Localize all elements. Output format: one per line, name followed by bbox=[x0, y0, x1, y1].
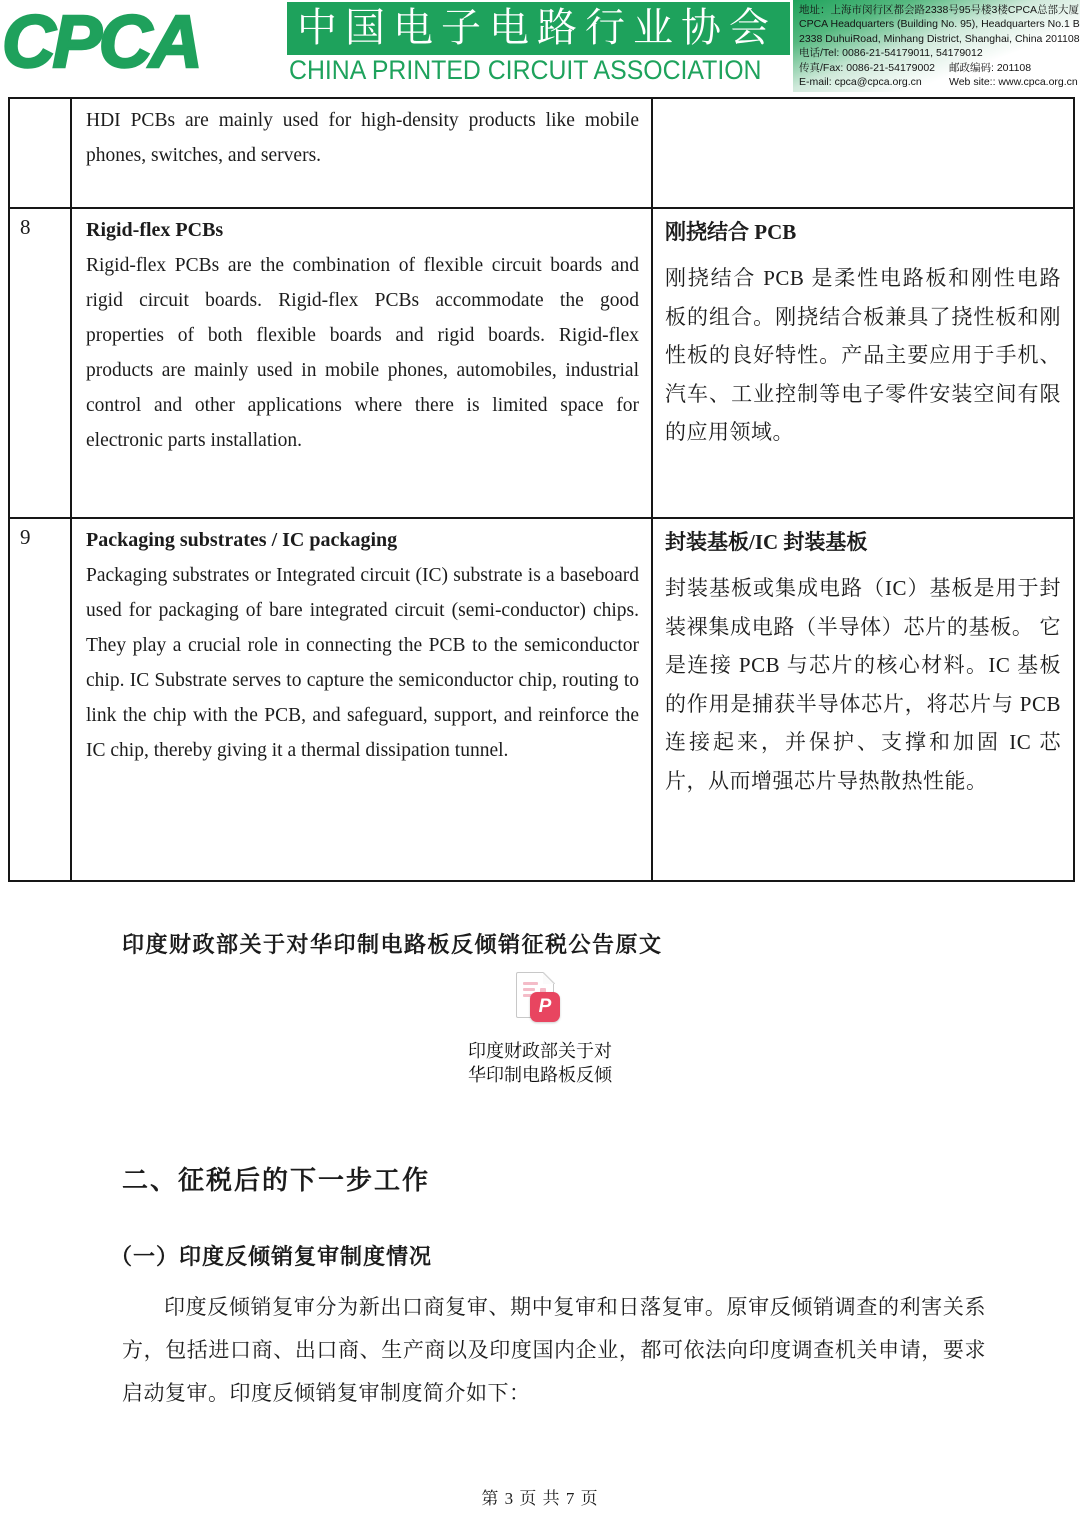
chinese-cell bbox=[652, 98, 1074, 208]
section-heading: 二、征税后的下一步工作 bbox=[122, 1160, 430, 1197]
row-number-cell: 9 bbox=[9, 518, 71, 881]
org-name-en: CHINA PRINTED CIRCUIT ASSOCIATION bbox=[289, 56, 761, 84]
contact-email: E-mail: cpca@cpca.org.cn bbox=[799, 75, 949, 89]
contact-postal-code: 邮政编码: 201108 bbox=[949, 61, 1031, 75]
entry-title-en: Packaging substrates / IC packaging bbox=[86, 523, 639, 558]
cpca-logo: CPCA bbox=[2, 2, 200, 82]
english-cell: HDI PCBs are mainly used for high-densit… bbox=[71, 98, 652, 208]
entry-title-cn: 刚挠结合 PCB bbox=[665, 216, 1061, 249]
entry-body-en: Packaging substrates or Integrated circu… bbox=[86, 558, 639, 768]
body-paragraph: 印度反倾销复审分为新出口商复审、期中复审和日落复审。原审反倾销调查的利害关系方，… bbox=[122, 1286, 986, 1415]
org-name-cn: 中国电子电路行业协会 bbox=[287, 2, 790, 55]
contact-block: 地址：上海市闵行区都会路2338号95号楼3楼CPCA总部大厦 CPCA Hea… bbox=[793, 0, 1080, 92]
pdf-caption-line2: 华印制电路板反倾 bbox=[0, 1063, 1080, 1087]
chinese-cell: 刚挠结合 PCB 刚挠结合 PCB 是柔性电路板和刚性电路板的组合。刚挠结合板兼… bbox=[652, 208, 1074, 518]
contact-address-en2: 2338 DuhuiRoad, Minhang District, Shangh… bbox=[799, 32, 1080, 46]
org-name-cn-banner: 中国电子电路行业协会 bbox=[287, 2, 790, 55]
contact-website: Web site:: www.cpca.org.cn bbox=[949, 75, 1078, 89]
row-number-cell: 8 bbox=[9, 208, 71, 518]
entry-title-cn: 封装基板/IC 封装基板 bbox=[665, 526, 1061, 559]
text-line-decoration bbox=[523, 982, 538, 985]
contact-address-cn: 地址：上海市闵行区都会路2338号95号楼3楼CPCA总部大厦 bbox=[799, 3, 1080, 17]
contact-tel: 电话/Tel: 0086-21-54179011, 54179012 bbox=[799, 46, 1080, 60]
entry-body-en: Rigid-flex PCBs are the combination of f… bbox=[86, 248, 639, 458]
table-row-continuation: HDI PCBs are mainly used for high-densit… bbox=[9, 98, 1074, 208]
contact-address-en1: CPCA Headquarters (Building No. 95), Hea… bbox=[799, 17, 1080, 31]
chinese-cell: 封装基板/IC 封装基板 封装基板或集成电路（IC）基板是用于封装裸集成电路（半… bbox=[652, 518, 1074, 881]
page-fold-icon bbox=[543, 972, 555, 984]
contact-fax: 传真/Fax: 0086-21-54179002 bbox=[799, 61, 949, 75]
entry-body-en: HDI PCBs are mainly used for high-densit… bbox=[86, 103, 639, 173]
attachment-heading: 印度财政部关于对华印制电路板反倾销征税公告原文 bbox=[122, 928, 663, 959]
letterhead: CPCA 中国电子电路行业协会 CHINA PRINTED CIRCUIT AS… bbox=[0, 0, 1080, 92]
entry-title-en: Rigid-flex PCBs bbox=[86, 213, 639, 248]
entry-body-cn: 封装基板或集成电路（IC）基板是用于封装裸集成电路（半导体）芯片的基板。 它是连… bbox=[665, 569, 1061, 800]
text-line-decoration bbox=[523, 988, 535, 991]
table-row-8: 8 Rigid-flex PCBs Rigid-flex PCBs are th… bbox=[9, 208, 1074, 518]
pdf-badge: P bbox=[530, 992, 560, 1022]
row-number-cell bbox=[9, 98, 71, 208]
subsection-heading: （一）印度反倾销复审制度情况 bbox=[110, 1240, 432, 1271]
page-number: 第 3 页 共 7 页 bbox=[0, 1484, 1080, 1509]
pdf-attachment: P 印度财政部关于对 华印制电路板反倾 bbox=[0, 972, 1080, 1087]
contact-email-web: E-mail: cpca@cpca.org.cn Web site:: www.… bbox=[799, 75, 1080, 89]
pdf-file-icon[interactable]: P bbox=[516, 972, 564, 1024]
english-cell: Packaging substrates / IC packaging Pack… bbox=[71, 518, 652, 881]
pdf-caption-line1: 印度财政部关于对 bbox=[0, 1039, 1080, 1063]
pcb-types-table: HDI PCBs are mainly used for high-densit… bbox=[8, 97, 1075, 882]
english-cell: Rigid-flex PCBs Rigid-flex PCBs are the … bbox=[71, 208, 652, 518]
document-page: CPCA 中国电子电路行业协会 CHINA PRINTED CIRCUIT AS… bbox=[0, 0, 1080, 1514]
pdf-caption: 印度财政部关于对 华印制电路板反倾 bbox=[0, 1039, 1080, 1087]
entry-body-cn: 刚挠结合 PCB 是柔性电路板和刚性电路板的组合。刚挠结合板兼具了挠性板和刚性板… bbox=[665, 259, 1061, 452]
table-row-9: 9 Packaging substrates / IC packaging Pa… bbox=[9, 518, 1074, 881]
contact-fax-postal: 传真/Fax: 0086-21-54179002 邮政编码: 201108 bbox=[799, 61, 1080, 75]
